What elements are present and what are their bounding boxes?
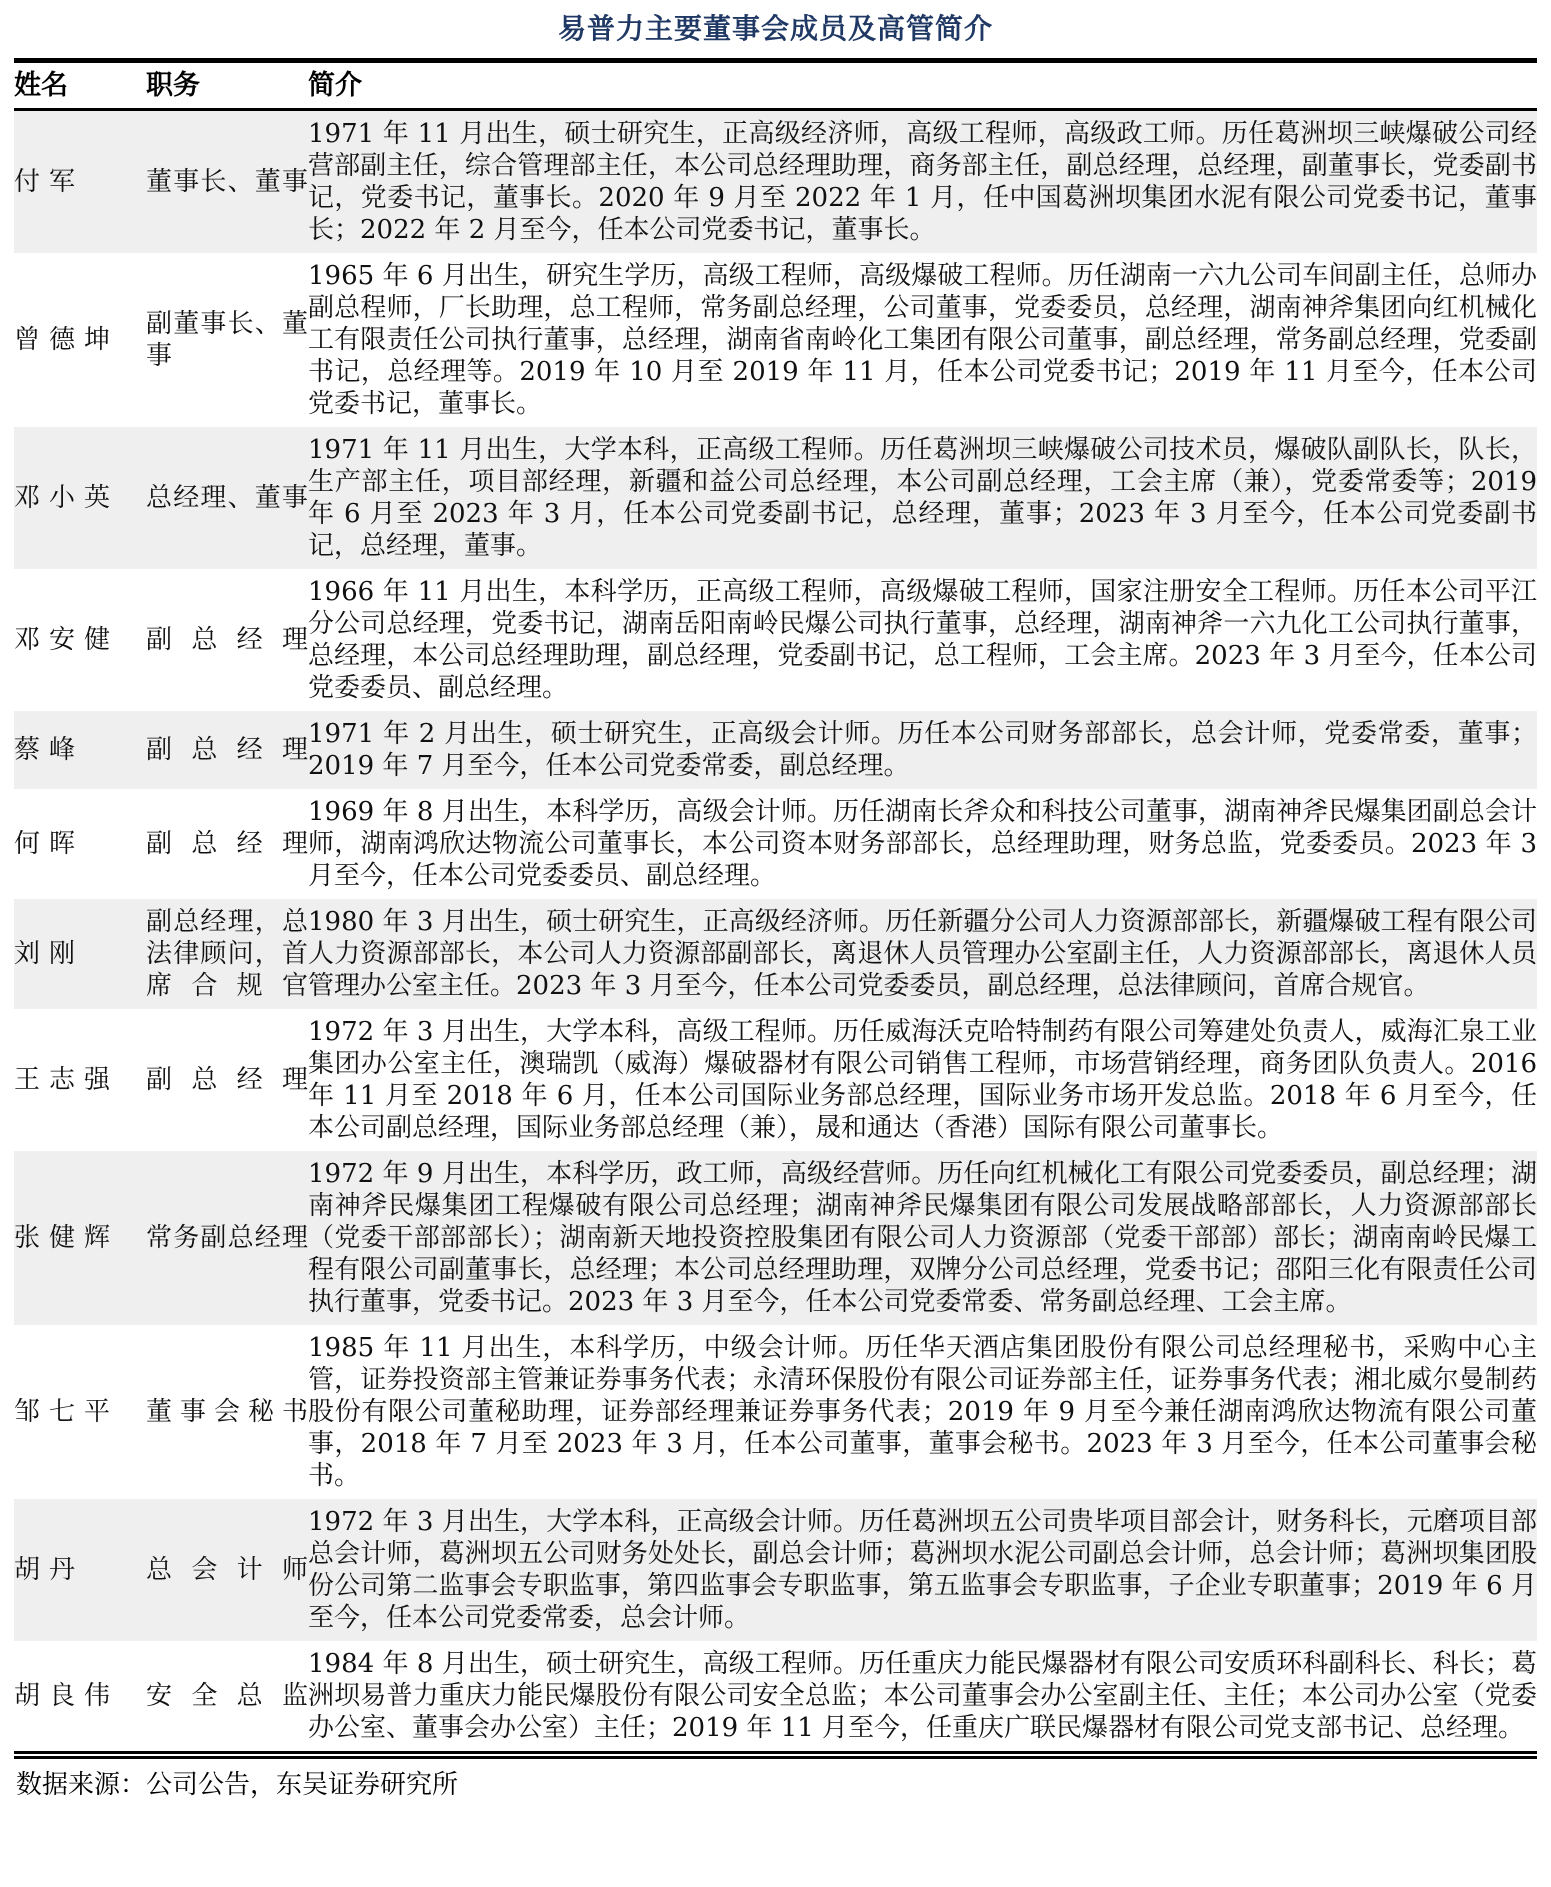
position-cell: 常务副总经理: [146, 1151, 308, 1325]
table-row: 邓小英 总经理、董事 1971 年 11 月出生，大学本科，正高级工程师。历任葛…: [14, 427, 1537, 569]
table-header: 姓名 职务 简介: [14, 61, 1537, 110]
bio-cell: 1972 年 9 月出生，本科学历，政工师，高级经营师。历任向红机械化工有限公司…: [308, 1151, 1537, 1325]
bio-cell: 1971 年 11 月出生，大学本科，正高级工程师。历任葛洲坝三峡爆破公司技术员…: [308, 427, 1537, 569]
table-row: 曾德坤 副董事长、董事 1965 年 6 月出生，研究生学历，高级工程师，高级爆…: [14, 253, 1537, 427]
table-row: 胡良伟 安全总监 1984 年 8 月出生，硕士研究生，高级工程师。历任重庆力能…: [14, 1641, 1537, 1755]
header-bio: 简介: [308, 61, 1537, 110]
bio-cell: 1984 年 8 月出生，硕士研究生，高级工程师。历任重庆力能民爆器材有限公司安…: [308, 1641, 1537, 1755]
position-cell: 副总经理: [146, 789, 308, 899]
name-cell: 邓小英: [14, 427, 146, 569]
page-title: 易普力主要董事会成员及高管简介: [14, 10, 1537, 48]
bio-cell: 1966 年 11 月出生，本科学历，正高级工程师，高级爆破工程师，国家注册安全…: [308, 569, 1537, 711]
position-cell: 董事会秘书: [146, 1325, 308, 1499]
table-row: 邹七平 董事会秘书 1985 年 11 月出生，本科学历，中级会计师。历任华天酒…: [14, 1325, 1537, 1499]
header-name: 姓名: [14, 61, 146, 110]
table-row: 胡丹 总会计师 1972 年 3 月出生，大学本科，正高级会计师。历任葛洲坝五公…: [14, 1499, 1537, 1641]
bio-cell: 1969 年 8 月出生，本科学历，高级会计师。历任湖南长斧众和科技公司董事，湖…: [308, 789, 1537, 899]
table-row: 付军 董事长、董事 1971 年 11 月出生，硕士研究生，正高级经济师，高级工…: [14, 110, 1537, 254]
bio-cell: 1985 年 11 月出生，本科学历，中级会计师。历任华天酒店集团股份有限公司总…: [308, 1325, 1537, 1499]
report-table-page: 易普力主要董事会成员及高管简介 姓名 职务 简介 付军 董事长、董事 1971 …: [0, 0, 1551, 1812]
header-row: 姓名 职务 简介: [14, 61, 1537, 110]
position-cell: 副总经理: [146, 569, 308, 711]
position-cell: 董事长、董事: [146, 110, 308, 254]
table-row: 张健辉 常务副总经理 1972 年 9 月出生，本科学历，政工师，高级经营师。历…: [14, 1151, 1537, 1325]
position-cell: 安全总监: [146, 1641, 308, 1755]
name-cell: 王志强: [14, 1009, 146, 1151]
table-row: 刘刚 副总经理，总法律顾问，首席合规官 1980 年 3 月出生，硕士研究生，正…: [14, 899, 1537, 1009]
bio-cell: 1965 年 6 月出生，研究生学历，高级工程师，高级爆破工程师。历任湖南一六九…: [308, 253, 1537, 427]
position-cell: 总会计师: [146, 1499, 308, 1641]
bio-cell: 1971 年 11 月出生，硕士研究生，正高级经济师，高级工程师，高级政工师。历…: [308, 110, 1537, 254]
table-row: 何晖 副总经理 1969 年 8 月出生，本科学历，高级会计师。历任湖南长斧众和…: [14, 789, 1537, 899]
table-body: 付军 董事长、董事 1971 年 11 月出生，硕士研究生，正高级经济师，高级工…: [14, 110, 1537, 1756]
name-cell: 胡良伟: [14, 1641, 146, 1755]
data-source: 数据来源：公司公告，东吴证券研究所: [14, 1768, 1537, 1802]
bio-cell: 1972 年 3 月出生，大学本科，高级工程师。历任威海沃克哈特制药有限公司筹建…: [308, 1009, 1537, 1151]
position-cell: 副董事长、董事: [146, 253, 308, 427]
bio-cell: 1980 年 3 月出生，硕士研究生，正高级经济师。历任新疆分公司人力资源部部长…: [308, 899, 1537, 1009]
table-row: 蔡峰 副总经理 1971 年 2 月出生，硕士研究生，正高级会计师。历任本公司财…: [14, 711, 1537, 789]
bio-cell: 1972 年 3 月出生，大学本科，正高级会计师。历任葛洲坝五公司贵毕项目部会计…: [308, 1499, 1537, 1641]
name-cell: 刘刚: [14, 899, 146, 1009]
executives-table: 姓名 职务 简介 付军 董事长、董事 1971 年 11 月出生，硕士研究生，正…: [14, 58, 1537, 1759]
name-cell: 蔡峰: [14, 711, 146, 789]
position-cell: 总经理、董事: [146, 427, 308, 569]
table-row: 王志强 副总经理 1972 年 3 月出生，大学本科，高级工程师。历任威海沃克哈…: [14, 1009, 1537, 1151]
position-cell: 副总经理: [146, 1009, 308, 1151]
position-cell: 副总经理，总法律顾问，首席合规官: [146, 899, 308, 1009]
name-cell: 邓安健: [14, 569, 146, 711]
name-cell: 邹七平: [14, 1325, 146, 1499]
header-position: 职务: [146, 61, 308, 110]
table-row: 邓安健 副总经理 1966 年 11 月出生，本科学历，正高级工程师，高级爆破工…: [14, 569, 1537, 711]
name-cell: 付军: [14, 110, 146, 254]
name-cell: 何晖: [14, 789, 146, 899]
name-cell: 张健辉: [14, 1151, 146, 1325]
name-cell: 曾德坤: [14, 253, 146, 427]
bio-cell: 1971 年 2 月出生，硕士研究生，正高级会计师。历任本公司财务部部长，总会计…: [308, 711, 1537, 789]
name-cell: 胡丹: [14, 1499, 146, 1641]
position-cell: 副总经理: [146, 711, 308, 789]
